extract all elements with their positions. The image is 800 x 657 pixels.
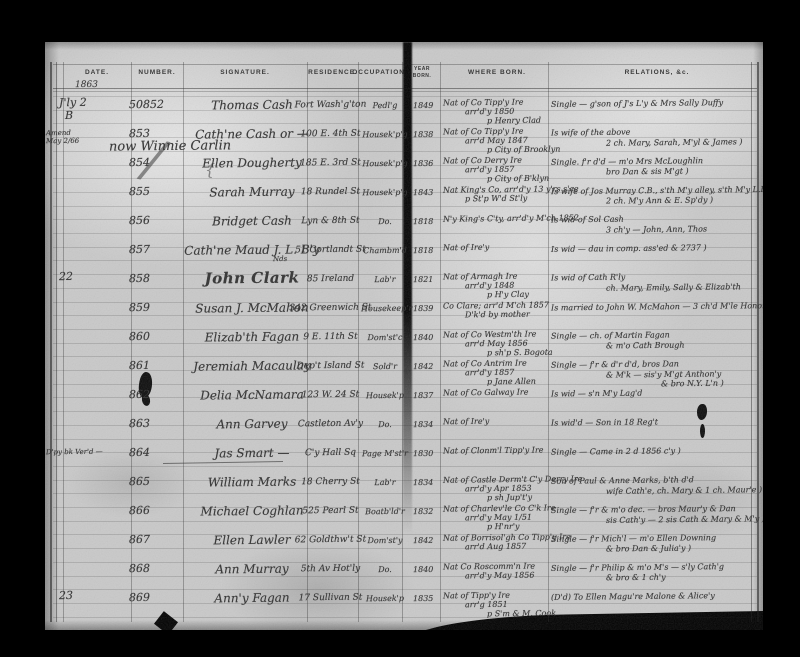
header-rule-line xyxy=(53,88,757,89)
where-born-line: p Henry Clad xyxy=(487,116,541,126)
relations-line: Is wife of the above xyxy=(551,128,630,138)
where-born-line: p H'nr'y xyxy=(487,522,520,532)
account-number: 868 xyxy=(129,562,150,575)
occupation: Housek'p'g xyxy=(361,130,409,140)
column-line xyxy=(751,62,752,622)
relations-line: & bro N.Y. L'n ) xyxy=(661,379,724,389)
ruled-line xyxy=(53,260,757,261)
account-number: 858 xyxy=(129,272,150,285)
year-born: 1843 xyxy=(413,188,433,197)
year-born: 1818 xyxy=(413,246,433,255)
year-born: 1840 xyxy=(413,333,433,342)
column-header-where-born: WHERE BORN. xyxy=(468,69,526,76)
relations-line: Is wid of Cath R'ly xyxy=(551,273,625,283)
column-header-signature: SIGNATURE. xyxy=(220,69,270,76)
account-number: 855 xyxy=(129,185,150,198)
where-born-line: Nat of Clonm'l Tipp'y Ire xyxy=(443,445,544,456)
occupation: Lab'r xyxy=(361,478,409,488)
where-born-line: D'k'd by mother xyxy=(465,310,530,320)
margin-annotation: Amend xyxy=(46,129,71,137)
relations-line: Single — f'r Mich'l — m'o Ellen Downing xyxy=(551,533,716,544)
relations-line: & bro Dan & Julia'y ) xyxy=(606,543,691,553)
account-number: 859 xyxy=(129,301,150,314)
year-born: 1830 xyxy=(413,449,433,458)
where-born-line: p H'y Clay xyxy=(487,290,529,300)
signature-underline-flourish xyxy=(163,461,283,464)
relations-line: Single — g'son of J's L'y & Mrs Sally Du… xyxy=(551,98,723,109)
column-header-year-born-line1: YEAR xyxy=(414,66,430,72)
entry-date-note: B xyxy=(65,109,73,122)
year-born: 1818 xyxy=(413,217,433,226)
year-born: 1837 xyxy=(413,391,433,400)
relations-line: Single — f'r & d'r d'd, bros Dan xyxy=(551,359,679,369)
year-born: 1835 xyxy=(413,594,433,603)
where-born-line: p City of Brooklyn xyxy=(487,145,560,155)
ruled-line xyxy=(53,384,757,385)
year-born: 1839 xyxy=(413,304,433,313)
occupation: Dom'st'y xyxy=(361,536,409,546)
relations-line: sis Cath'y — 2 sis Cath & Mary & M'y ) xyxy=(606,514,763,525)
occupation: Lab'r xyxy=(361,275,409,285)
where-born-line: p City of B'klyn xyxy=(487,174,549,184)
ruled-line xyxy=(53,123,757,124)
occupation: Housek'p xyxy=(361,594,409,604)
relations-line: Is wid of Sol Cash xyxy=(551,215,624,225)
occupation: Dom'st'c xyxy=(361,333,409,343)
where-born-line: Nat of Ire'y xyxy=(443,417,489,427)
account-number: 853 xyxy=(129,127,150,140)
relations-line: & m'o Cath Brough xyxy=(606,340,685,350)
ruled-line xyxy=(53,96,757,97)
occupation: Chambm'd xyxy=(361,246,409,256)
margin-annotation: D'py bk Ver'd — xyxy=(46,448,103,457)
scan-shadow-notch xyxy=(154,611,178,630)
relations-line: Single — Came in 2 d 1856 c'y ) xyxy=(551,446,681,456)
column-header-number: NUMBER. xyxy=(138,69,175,76)
occupation: Page M'st'r xyxy=(361,449,409,459)
year-born: 1838 xyxy=(413,130,433,139)
occupation: Housek'p xyxy=(361,391,409,401)
where-born-line: p sh Jup't'y xyxy=(487,493,532,503)
ruled-line xyxy=(53,589,757,590)
scan-shadow-bottom xyxy=(405,611,763,630)
entry-date: J'ly 2 xyxy=(59,96,87,109)
year-born: 1840 xyxy=(413,565,433,574)
relations-line: (D'd) To Ellen Magu're Malone & Alice'y xyxy=(551,591,715,602)
year-born: 1849 xyxy=(413,101,433,110)
year-born: 1832 xyxy=(413,507,433,516)
account-number: 856 xyxy=(129,214,150,227)
occupation: Housekeep'r xyxy=(361,304,409,314)
occupation: Do. xyxy=(361,565,409,575)
where-born-line: arr'd'y May 1856 xyxy=(465,571,534,581)
relations-line: 2 ch. M'y Ann & E. Sp'dy ) xyxy=(606,195,713,205)
signature-note: Nds xyxy=(273,255,287,263)
column-line xyxy=(63,62,64,622)
relations-line: Is married to John W. McMahon — 3 ch'd M… xyxy=(551,301,763,313)
relations-line: & M'k — sis'y M'gt Anthon'y xyxy=(606,369,721,379)
account-number: 860 xyxy=(129,330,150,343)
ruled-line xyxy=(53,356,757,357)
column-line xyxy=(50,62,52,622)
year-born: 1842 xyxy=(413,362,433,371)
year-born: 1842 xyxy=(413,536,433,545)
where-born-line: Nat of Co Galway Ire xyxy=(443,388,529,398)
column-header-year-born-line2: BORN. xyxy=(413,73,432,79)
account-number: 857 xyxy=(129,243,150,256)
account-number: 854 xyxy=(129,156,150,169)
ruled-line xyxy=(53,206,757,207)
account-number: 865 xyxy=(129,475,150,488)
ruled-line xyxy=(53,411,757,412)
where-born-line: Nat of Ire'y xyxy=(443,243,489,253)
relations-line: wife Cath'e, ch. Mary & 1 ch. Maur'e ) xyxy=(606,485,762,496)
occupation: Housek'p'g xyxy=(361,188,409,198)
relations-line: Single — ch. of Martin Fagan xyxy=(551,330,670,340)
entry-date: 22 xyxy=(59,270,73,283)
where-born-line: arr'd Aug 1857 xyxy=(465,542,526,552)
where-born-line: p sh'p S. Bogota xyxy=(487,348,553,358)
relations-line: Is wid'd — Son in 18 Reg't xyxy=(551,417,658,427)
where-born-line: p St'p W'd St'ly xyxy=(465,194,527,204)
column-line xyxy=(56,62,57,622)
column-line xyxy=(757,62,759,622)
relations-line: Single — f'r Philip & m'o M's — s'ly Cat… xyxy=(551,562,724,573)
header-rule-line xyxy=(53,91,757,92)
year-born: 1821 xyxy=(413,275,433,284)
occupation: Pedl'g xyxy=(361,101,409,111)
where-born-line: p Jane Allen xyxy=(487,377,536,387)
relations-line: Son of Paul & Anne Marks, b'th d'd xyxy=(551,475,694,485)
relations-line: Is wid — dau in comp. ass'ed & 2737 ) xyxy=(551,243,707,254)
year-born: 1834 xyxy=(413,420,433,429)
occupation: Sold'r xyxy=(361,362,409,372)
relations-line: Single. f'r d'd — m'o Mrs McLoughlin xyxy=(551,156,703,167)
relations-line: 2 ch. Mary, Sarah, M'yl & James ) xyxy=(606,137,743,147)
entry-date: 23 xyxy=(59,589,73,602)
occupation: Do. xyxy=(361,217,409,227)
relations-line: ch. Mary, Emily, Sally & Elizab'th xyxy=(606,282,741,292)
account-number: 869 xyxy=(129,591,150,604)
ruled-line xyxy=(53,617,757,618)
account-number: 863 xyxy=(129,417,150,430)
margin-annotation: May 2/66 xyxy=(46,137,79,145)
header-rule-line xyxy=(53,64,757,65)
account-number: 867 xyxy=(129,533,150,546)
account-number: 866 xyxy=(129,504,150,517)
relations-line: Single — f'r & m'o dec. — bros Maur'y & … xyxy=(551,504,736,515)
column-header-date: DATE. xyxy=(85,69,109,76)
year-born: 1834 xyxy=(413,478,433,487)
relations-line: Is wife of Jos Murray C.B., s'th M'y all… xyxy=(551,185,763,196)
ruled-line xyxy=(53,466,757,467)
scanned-ledger-screenshot: DATE. NUMBER. SIGNATURE. RESIDENCE. OCCU… xyxy=(0,0,800,657)
column-header-occupation: OCCUPATION. xyxy=(352,69,408,76)
column-header-relations: RELATIONS, &c. xyxy=(625,69,690,76)
ledger-page: DATE. NUMBER. SIGNATURE. RESIDENCE. OCCU… xyxy=(45,42,763,630)
ink-blot xyxy=(700,424,705,438)
occupation: Boatb'ld'r xyxy=(361,507,409,517)
column-line xyxy=(440,62,441,622)
occupation: Housek'p'g xyxy=(361,159,409,169)
ruled-line xyxy=(53,178,757,179)
relations-line: & bro & 1 ch'y xyxy=(606,572,666,582)
where-born-line: p S'm & M. Cook xyxy=(487,609,556,619)
occupation: Do. xyxy=(361,420,409,430)
year-born: 1836 xyxy=(413,159,433,168)
account-number: 864 xyxy=(129,446,150,459)
account-number: 861 xyxy=(129,359,150,372)
account-number: 862 xyxy=(129,388,150,401)
column-header-residence: RESIDENCE. xyxy=(308,69,358,76)
relations-line: 3 ch'y — John, Ann, Thos xyxy=(606,224,707,234)
ruled-line xyxy=(53,439,757,440)
relations-line: bro Dan & sis M'gt ) xyxy=(606,166,689,176)
relations-line: Is wid — s'n M'y Lag'd xyxy=(551,389,642,399)
signature-note: now Winnie Carlin xyxy=(109,138,231,154)
